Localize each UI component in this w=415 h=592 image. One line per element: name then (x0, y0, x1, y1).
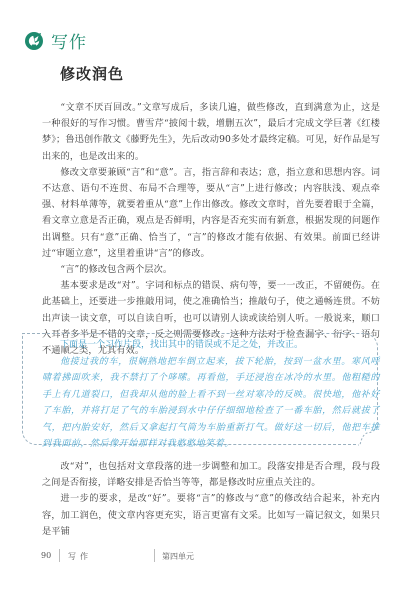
paragraph: 进一步的要求，是改“好”。要将“言”的修改与“意”的修改结合起来，补充内容，加工… (42, 491, 380, 540)
section-header: 写作 (24, 28, 87, 53)
exercise-content: 下面是一个习作片段，找出其中的错误或不足之处，并改正。 他接过我的车，很娴熟地把… (42, 337, 380, 453)
page-footer: 90 写作 第四单元 (0, 548, 415, 568)
exercise-sample-passage: 他接过我的车，很娴熟地把车倒立起来，拔下轮胎，按到一盆水里。寒风呼啸着拂面吹来，… (42, 354, 380, 453)
body-text-bottom: 改“对”，也包括对文章段落的进一步调整和加工。段落安排是否合理，段与段之间是否衔… (42, 459, 380, 540)
body-text-top: “文章不厌百回改。”文章写成后，多读几遍，做些修改，直到满意为止，这是一种很好的… (42, 100, 380, 359)
page-number: 90 (41, 551, 51, 560)
section-title: 写作 (51, 28, 87, 53)
footer-divider (59, 549, 60, 562)
paragraph: “文章不厌百回改。”文章写成后，多读几遍，做些修改，直到满意为止，这是一种很好的… (42, 100, 380, 165)
paragraph: 修改文章要兼顾“言”和“意”。言，指言辞和表达；意，指立意和思想内容。词不达意、… (42, 165, 380, 262)
lesson-title: 修改润色 (60, 63, 124, 84)
pen-nib-circle-icon (24, 31, 44, 51)
paragraph: “言”的修改包含两个层次。 (42, 262, 380, 278)
paragraph: 改“对”，也包括对文章段落的进一步调整和加工。段落安排是否合理，段与段之间是否衔… (42, 459, 380, 491)
footer-section-label: 写作 (68, 551, 92, 562)
exercise-prompt: 下面是一个习作片段，找出其中的错误或不足之处，并改正。 (42, 337, 380, 354)
footer-unit-label: 第四单元 (162, 551, 194, 562)
footer-divider (154, 549, 155, 562)
